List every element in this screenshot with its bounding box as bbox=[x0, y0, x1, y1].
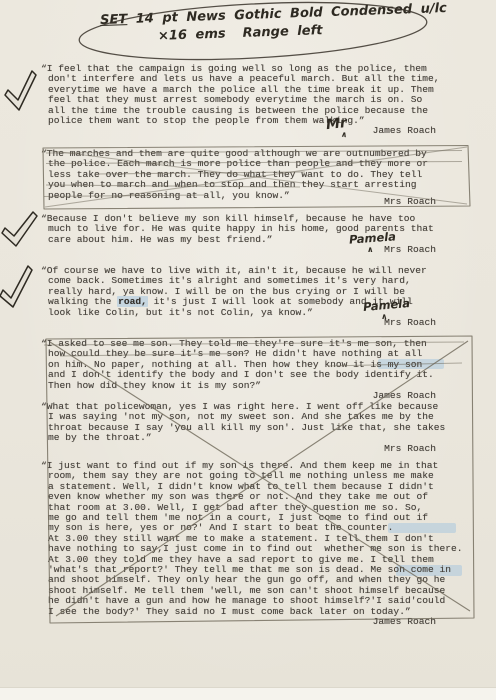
attribution: James Roach bbox=[48, 391, 480, 401]
quote-paragraph-5-crossed-out: “I asked to see me son. They told me the… bbox=[48, 339, 480, 401]
quote-paragraph-1: “I feel that the campaign is going well … bbox=[48, 64, 480, 137]
checkmark-icon bbox=[2, 212, 37, 246]
quote-text: “What that policewoman, yes I was right … bbox=[48, 402, 480, 444]
attribution: Mrs Roach bbox=[48, 245, 480, 255]
quote-text: “Because I don't believe my son kill him… bbox=[48, 214, 480, 245]
quote-text: “I feel that the campaign is going well … bbox=[48, 64, 480, 126]
typesetting-note-line2: ×16 ems Range left bbox=[158, 23, 323, 44]
quote-paragraph-3: “Because I don't believe my son kill him… bbox=[48, 214, 480, 256]
typesetting-note-line1: SET 14 pt News Gothic Bold Condensed u/l… bbox=[100, 1, 447, 28]
set-word: SET bbox=[100, 12, 128, 28]
quote-paragraph-7-crossed-out: “I just want to find out if my son is th… bbox=[48, 461, 480, 628]
quote-text: “Of course we have to live with it, ain'… bbox=[48, 266, 480, 318]
attribution: James Roach bbox=[48, 126, 480, 136]
highlighted-word: road, bbox=[117, 296, 148, 307]
note-circle bbox=[78, 0, 428, 67]
scan-edge bbox=[0, 687, 496, 700]
note-line1-text: 14 pt News Gothic Bold Condensed u/lc bbox=[135, 1, 447, 27]
quote-paragraph-2-crossed-out: “The marches and them are quite good alt… bbox=[48, 149, 480, 207]
attribution: James Roach bbox=[48, 617, 480, 627]
quote-text: “I just want to find out if my son is th… bbox=[48, 461, 480, 617]
attribution: Mrs Roach bbox=[48, 318, 480, 328]
checkmark-icon bbox=[5, 71, 36, 110]
quote-text: “The marches and them are quite good alt… bbox=[48, 149, 480, 201]
checkmark-icon bbox=[0, 266, 32, 307]
quote-paragraph-6-crossed-out: “What that policewoman, yes I was right … bbox=[48, 402, 480, 454]
quote-text: “I asked to see me son. They told me the… bbox=[48, 339, 480, 391]
attribution: Mrs Roach bbox=[48, 444, 480, 454]
quote-paragraph-4: “Of course we have to live with it, ain'… bbox=[48, 266, 480, 328]
manuscript-page: SET 14 pt News Gothic Bold Condensed u/l… bbox=[0, 0, 496, 700]
